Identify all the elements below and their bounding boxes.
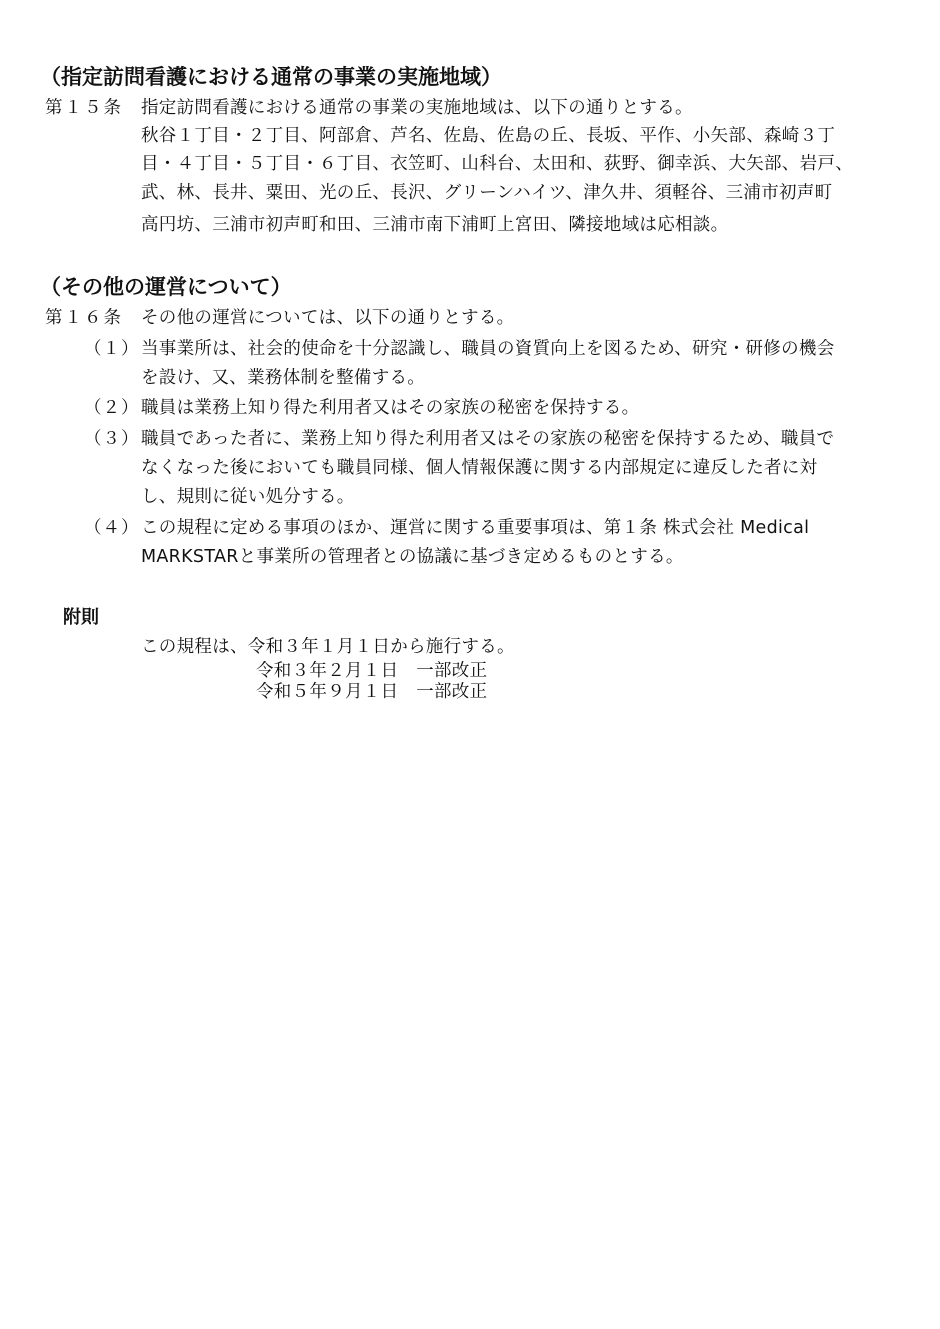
service-area-line: 秋谷１丁目・２丁目、阿部倉、芦名、佐島、佐島の丘、長坂、平作、小矢部、森崎３丁	[141, 125, 835, 147]
item-3-text-line: なくなった後においても職員同様、個人情報保護に関する内部規定に違反した者に対	[141, 457, 817, 479]
article-15-heading: （指定訪問看護における通常の事業の実施地域）	[40, 64, 502, 90]
article-16-number: 第１６条	[45, 307, 123, 329]
item-4-text-line: この規程に定める事項のほか、運営に関する重要事項は、第１条 株式会社 Medic…	[141, 517, 809, 539]
article-15-number: 第１５条	[45, 97, 123, 119]
item-3-number: （３）	[84, 428, 140, 450]
service-area-line: 目・４丁目・５丁目・６丁目、衣笠町、山科台、太田和、荻野、御幸浜、大矢部、岩戸、	[141, 153, 853, 175]
article-15-text-line: 指定訪問看護における通常の事業の実施地域は、以下の通りとする。	[141, 97, 693, 119]
item-3-text-line: し、規則に従い処分する。	[141, 486, 355, 508]
supplementary-heading: 附則	[63, 607, 99, 629]
revision-entry: 令和５年９月１日 一部改正	[256, 681, 487, 703]
item-1-number: （１）	[84, 338, 140, 360]
item-2-text-line: 職員は業務上知り得た利用者又はその家族の秘密を保持する。	[141, 397, 639, 419]
article-16-heading: （その他の運営について）	[40, 274, 292, 300]
item-1-text-line: 当事業所は、社会的使命を十分認識し、職員の資質向上を図るため、研究・研修の機会	[141, 338, 835, 360]
item-2-number: （２）	[84, 397, 140, 419]
document-page: （指定訪問看護における通常の事業の実施地域） 第１５条 指定訪問看護における通常…	[0, 0, 940, 1329]
service-area-line: 高円坊、三浦市初声町和田、三浦市南下浦町上宮田、隣接地域は応相談。	[141, 214, 728, 236]
article-16-intro: その他の運営については、以下の通りとする。	[141, 307, 514, 329]
service-area-line: 武、林、長井、粟田、光の丘、長沢、グリーンハイツ、津久井、須軽谷、三浦市初声町	[141, 182, 832, 204]
item-3-text-line: 職員であった者に、業務上知り得た利用者又はその家族の秘密を保持するため、職員で	[141, 428, 834, 450]
item-4-text-line: MARKSTARと事業所の管理者との協議に基づき定めるものとする。	[141, 546, 684, 568]
item-1-text-line: を設け、又、業務体制を整備する。	[141, 367, 425, 389]
effective-date-text: この規程は、令和３年１月１日から施行する。	[141, 636, 515, 658]
revision-entry: 令和３年２月１日 一部改正	[256, 660, 487, 682]
item-4-number: （４）	[84, 517, 140, 539]
